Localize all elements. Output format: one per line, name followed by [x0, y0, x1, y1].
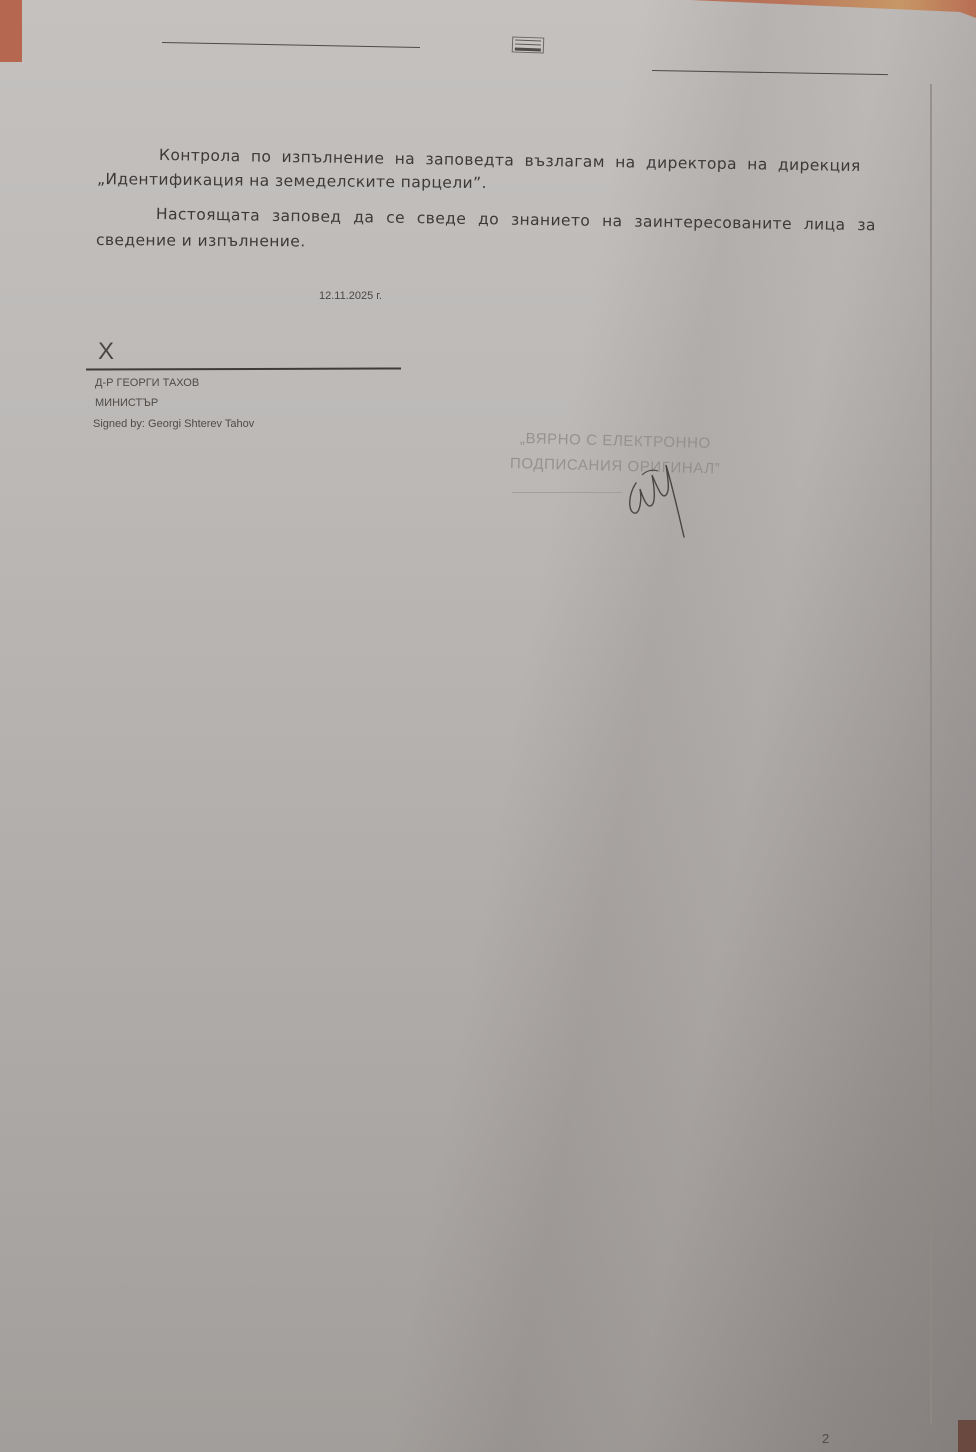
signed-by-text: Signed by: Georgi Shterev Tahov [93, 418, 254, 430]
handwritten-signature-icon [622, 455, 692, 545]
signature-mark: X [98, 338, 114, 366]
document-date: 12.11.2025 г. [319, 290, 382, 302]
stamp-rule [512, 492, 622, 493]
paragraph-2-line-2: сведение и изпълнение. [96, 231, 306, 250]
background-corner [958, 1420, 976, 1452]
sheet-edge [930, 84, 932, 1424]
page-number: 2 [822, 1431, 829, 1446]
coat-of-arms-icon [512, 36, 545, 53]
signatory-position: МИНИСТЪР [95, 397, 158, 409]
signatory-name: Д-Р ГЕОРГИ ТАХОВ [95, 377, 199, 389]
